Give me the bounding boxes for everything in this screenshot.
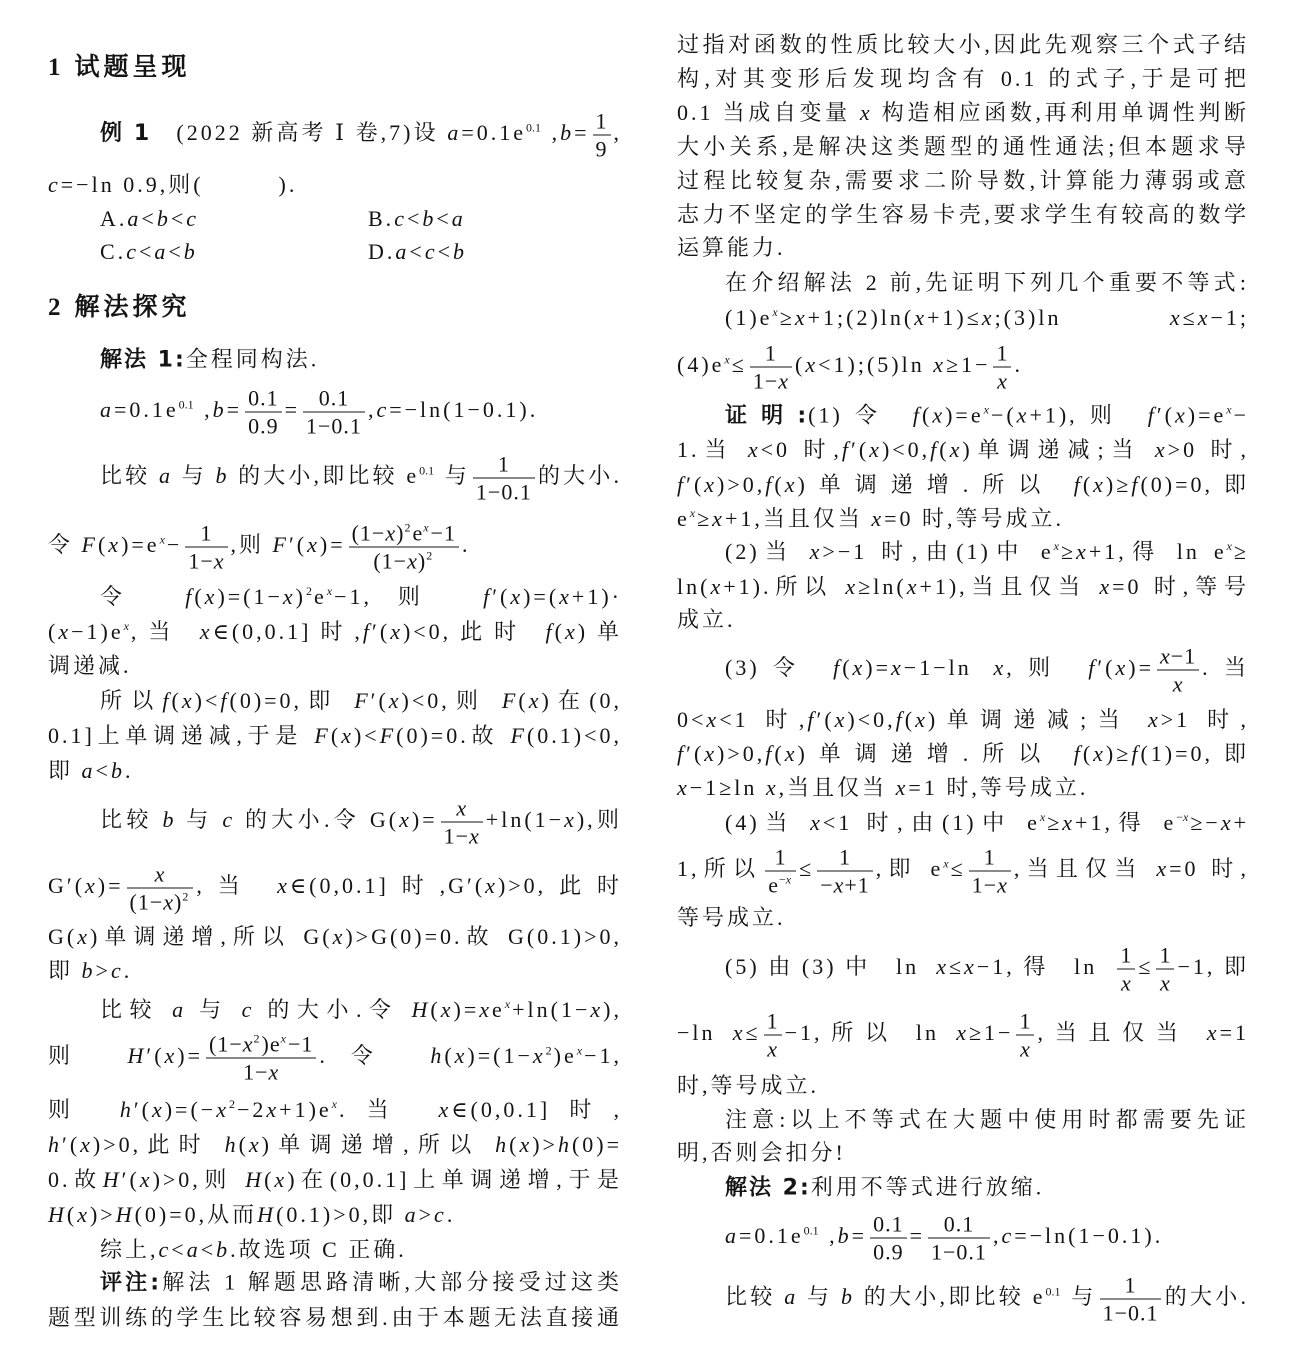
math-variable: x bbox=[704, 741, 717, 766]
math-variable: f bbox=[162, 688, 171, 713]
fraction-denominator: 9 bbox=[593, 136, 611, 163]
text-run: (0)=0,即 bbox=[230, 688, 355, 713]
superscript: 2 bbox=[546, 1043, 552, 1057]
text-run: 1 bbox=[984, 845, 996, 870]
text-run: )单调递增,所以 G( bbox=[90, 924, 333, 949]
math-variable: f bbox=[185, 584, 194, 609]
superscript: x bbox=[1054, 539, 1059, 553]
math-variable: b bbox=[216, 1237, 230, 1262]
bold-label: 解法 1: bbox=[100, 348, 186, 373]
text-run: + bbox=[1234, 810, 1249, 835]
math-variable: f bbox=[1074, 472, 1083, 497]
proof-line: 证明:(1)令 f(x)=ex−(x+1),则 f′(x)=ex− bbox=[725, 399, 1249, 434]
inequalities-list: (4)ex≤11−x(x<1);(5)ln x≥1−1x. bbox=[677, 340, 1249, 395]
text-run: >−1 时,由(1)中 e bbox=[822, 539, 1053, 564]
text-run: ,即 e bbox=[876, 856, 944, 881]
fraction: 0.11−0.1 bbox=[303, 385, 365, 440]
proof-line: (3)令 f(x)=x−1−ln x,则 f′(x)=x−1x.当 bbox=[725, 643, 1249, 698]
math-variable: x bbox=[385, 521, 396, 546]
text-run: − bbox=[1234, 403, 1249, 428]
math-variable: f bbox=[842, 437, 851, 462]
option-expression: a<c<b bbox=[395, 239, 467, 264]
text-run: >1 时, bbox=[1161, 707, 1249, 732]
fraction: 1x bbox=[1117, 942, 1135, 997]
text-run: 调递减. bbox=[48, 653, 132, 678]
text-run: 1 bbox=[839, 845, 851, 870]
text-run: =−ln 0.9,则( ). bbox=[61, 172, 298, 197]
text-run: 1 bbox=[996, 341, 1008, 366]
math-variable: f bbox=[546, 619, 555, 644]
math-variable: f bbox=[930, 437, 939, 462]
math-variable: a bbox=[395, 239, 409, 264]
superscript: x bbox=[505, 997, 510, 1011]
math-variable: x bbox=[1207, 1020, 1220, 1045]
text-run: ≤ bbox=[1183, 305, 1198, 330]
text-run: +1)e bbox=[279, 1097, 332, 1122]
math-variable: x bbox=[77, 924, 90, 949]
fraction-denominator: 1−0.1 bbox=[1100, 1300, 1162, 1327]
text-run: ,当 bbox=[131, 619, 200, 644]
proof-line: x−1≥ln x,当且仅当 x=1 时,等号成立. bbox=[677, 771, 1249, 805]
math-variable: x bbox=[772, 305, 777, 319]
math-variable: x bbox=[1093, 472, 1106, 497]
text-run: . bbox=[447, 1202, 456, 1227]
example-1-stem-line-2: c=−ln 0.9,则( ). bbox=[48, 168, 622, 202]
math-variable: x bbox=[997, 873, 1008, 898]
text-run: ( bbox=[172, 688, 182, 713]
math-variable: x bbox=[982, 305, 995, 330]
comment-line: 过程比较复杂,需要求二阶导数,计算能力薄弱或意 bbox=[677, 164, 1249, 198]
math-variable: x bbox=[407, 549, 418, 574]
text-run: 与 bbox=[798, 1284, 841, 1309]
text-run: 1 bbox=[200, 521, 212, 546]
text-run: <0 时, bbox=[761, 437, 842, 462]
text-run: 过指对函数的性质比较大小,因此先观察三个式子结 bbox=[677, 32, 1249, 57]
math-variable: H bbox=[48, 1202, 67, 1227]
text-run: = bbox=[227, 397, 242, 422]
text-run: ≤ bbox=[746, 1020, 761, 1045]
math-variable: x bbox=[869, 437, 882, 462]
solution-1-line: h′(x)>0,此时 h(x)单调递增,所以 h(x)>h(0)= bbox=[48, 1128, 622, 1162]
math-variable: F bbox=[314, 723, 330, 748]
math-variable: b bbox=[838, 1223, 852, 1248]
solution-1-line: 令 f(x)=(1−x)2ex−1,则 f′(x)=(x+1)· bbox=[100, 580, 622, 614]
text-run: )e bbox=[262, 1032, 281, 1057]
option-c: C.c<a<b bbox=[100, 235, 198, 269]
section-heading-1: 1试题呈现 bbox=[48, 47, 191, 83]
text-run: (0.1)<0, bbox=[527, 723, 622, 748]
text-run: ′( bbox=[62, 1132, 80, 1157]
math-variable: x bbox=[140, 1167, 153, 1192]
math-variable: H bbox=[127, 1043, 146, 1068]
math-variable: x bbox=[766, 775, 779, 800]
text-run: 0.1 bbox=[419, 463, 434, 477]
math-variable: a bbox=[82, 758, 96, 783]
text-run: . bbox=[124, 958, 133, 983]
text-run: ′( bbox=[122, 1167, 140, 1192]
math-variable: b bbox=[157, 206, 171, 231]
text-run: ≥ln( bbox=[858, 574, 907, 599]
fraction-denominator: 1−x bbox=[185, 548, 227, 575]
superscript: 0.1 bbox=[1046, 1284, 1061, 1298]
text-run: )单 bbox=[578, 619, 622, 644]
fraction: 11−0.1 bbox=[1100, 1272, 1162, 1327]
math-variable: x bbox=[1198, 305, 1211, 330]
text-run: e bbox=[677, 506, 690, 531]
text-run: 运算能力. bbox=[677, 235, 786, 260]
text-run: )< bbox=[354, 723, 380, 748]
math-variable: c bbox=[434, 1202, 447, 1227]
text-run: ∈(0,0.1]时, bbox=[451, 1097, 622, 1122]
text-run: 1−0.1 bbox=[476, 480, 532, 505]
text-run: , bbox=[196, 397, 213, 422]
math-variable: x bbox=[936, 954, 949, 979]
text-run: (1)e bbox=[725, 305, 772, 330]
fraction-denominator: x bbox=[1156, 970, 1174, 997]
math-variable: x bbox=[510, 584, 523, 609]
document-page: 1试题呈现 例 1 (2022 新高考 Ⅰ 卷,7)设 a=0.1e0.1 ,b… bbox=[0, 0, 1300, 1363]
text-run: 0.1]上单调递减,于是 bbox=[48, 723, 314, 748]
text-run: ( bbox=[264, 1167, 274, 1192]
math-variable: h bbox=[48, 1132, 62, 1157]
text-run: (2)当 bbox=[725, 539, 810, 564]
math-variable: c bbox=[186, 206, 199, 231]
math-variable: h bbox=[120, 1097, 134, 1122]
text-run: < bbox=[139, 239, 154, 264]
text-run: (5)由(3)中 ln bbox=[725, 954, 936, 979]
text-run: ( bbox=[842, 655, 852, 680]
math-variable: f bbox=[677, 741, 686, 766]
text-run: )=e bbox=[945, 403, 984, 428]
text-run: 2 bbox=[426, 549, 432, 563]
math-variable: c bbox=[425, 239, 438, 264]
text-run: )> bbox=[532, 1132, 558, 1157]
math-variable: f bbox=[1088, 655, 1097, 680]
text-run: +1),则 bbox=[1029, 403, 1147, 428]
text-run: , bbox=[543, 120, 560, 145]
text-run: −1; bbox=[1210, 305, 1249, 330]
text-run: − bbox=[167, 532, 182, 557]
fraction-numerator: 0.1 bbox=[870, 1211, 907, 1239]
math-variable: x bbox=[216, 1097, 229, 1122]
text-run: 令 bbox=[48, 532, 82, 557]
text-run: )≥ bbox=[1106, 472, 1131, 497]
proof-line: 成立. bbox=[677, 603, 1249, 637]
text-run: (0)= bbox=[572, 1132, 622, 1157]
option-label: A. bbox=[100, 206, 127, 231]
text-run: (1− bbox=[352, 521, 386, 546]
superscript: x bbox=[327, 584, 332, 598]
fraction-denominator: x bbox=[1117, 970, 1135, 997]
text-run: . bbox=[462, 532, 471, 557]
math-variable: x bbox=[249, 1132, 262, 1157]
fraction-denominator: 1−0.1 bbox=[473, 479, 535, 506]
math-variable: x bbox=[706, 707, 719, 732]
text-run: ≤ bbox=[1138, 954, 1153, 979]
text-run: ( bbox=[774, 741, 784, 766]
text-run: ′( bbox=[134, 1097, 152, 1122]
math-variable: x bbox=[1099, 574, 1112, 599]
text-run: 0.9 bbox=[873, 1240, 904, 1265]
text-run: ≤ bbox=[949, 954, 964, 979]
math-variable: x bbox=[835, 707, 848, 732]
section-number: 2 bbox=[48, 294, 65, 321]
math-variable: x bbox=[1175, 403, 1188, 428]
fraction-denominator: 1−0.1 bbox=[303, 413, 365, 440]
text-run: 1 bbox=[767, 1009, 779, 1034]
math-variable: c bbox=[242, 997, 255, 1022]
math-variable: H bbox=[257, 1202, 276, 1227]
text-run: 1− bbox=[243, 1060, 268, 1085]
text-run: )=e bbox=[121, 532, 160, 557]
text-run: =0 时, bbox=[1169, 856, 1249, 881]
solution-1-line: 即 b>c. bbox=[48, 954, 622, 988]
math-variable: b bbox=[213, 397, 227, 422]
text-run: (3)令 bbox=[725, 655, 833, 680]
text-run: )> bbox=[90, 1202, 116, 1227]
math-variable: h bbox=[558, 1132, 572, 1157]
solution-1-line: (x−1)ex,当 x∈(0,0.1]时,f′(x)<0,此时 f(x)单 bbox=[48, 615, 622, 649]
text-run: −2 bbox=[237, 1097, 266, 1122]
text-run: −1,则 bbox=[334, 584, 483, 609]
text-run: 1 bbox=[596, 109, 608, 134]
text-run: 1− bbox=[188, 549, 213, 574]
math-variable: a bbox=[159, 463, 173, 488]
text-run: )<0, bbox=[847, 707, 895, 732]
text-run: )=e bbox=[1188, 403, 1227, 428]
text-run: 比较 bbox=[725, 1284, 784, 1309]
text-run: 比较 bbox=[100, 997, 172, 1022]
text-run: −1,得 ln bbox=[977, 954, 1115, 979]
comment-line: 志力不坚定的学生容易卡壳,要求学生有较高的数学 bbox=[677, 198, 1249, 232]
text-run: 则 bbox=[48, 1043, 127, 1068]
proof-line: (2)当 x>−1 时,由(1)中 ex≥x+1,得 ln ex≥ bbox=[725, 535, 1249, 569]
text-run: 与 bbox=[1063, 1284, 1097, 1309]
math-variable: x bbox=[505, 997, 510, 1011]
solution-1-line: G′(x)=x(1−x)2,当 x∈(0,0.1]时,G′(x)>0,此时 bbox=[48, 861, 622, 916]
text-run: ′( bbox=[146, 1043, 164, 1068]
text-run: )>0, bbox=[717, 741, 765, 766]
math-variable: x bbox=[1173, 672, 1184, 697]
text-run: (1)令 bbox=[808, 403, 913, 428]
section-title: 解法探究 bbox=[75, 292, 191, 321]
text-run: )≥ bbox=[1106, 741, 1131, 766]
section-number: 1 bbox=[48, 54, 65, 81]
text-run: ′( bbox=[372, 619, 390, 644]
fraction-denominator: e−x bbox=[765, 872, 796, 899]
text-run: 9 bbox=[596, 137, 608, 162]
text-run: )>0,此时 bbox=[498, 873, 622, 898]
text-run: ( bbox=[48, 619, 58, 644]
text-run: =0.1e bbox=[114, 397, 179, 422]
text-run: ),则 bbox=[577, 807, 622, 832]
proof-line: 等号成立. bbox=[677, 901, 1249, 935]
math-variable: x bbox=[834, 873, 845, 898]
text-run: 1 bbox=[765, 341, 777, 366]
fraction: 19 bbox=[593, 108, 611, 163]
math-variable: x bbox=[786, 873, 791, 887]
text-run: < bbox=[407, 206, 422, 231]
text-run: . bbox=[125, 758, 134, 783]
text-run: +ln(1− bbox=[512, 997, 590, 1022]
text-run: )= bbox=[865, 655, 891, 680]
text-run: +1)≤ bbox=[927, 305, 982, 330]
text-run: 则 bbox=[48, 1097, 120, 1122]
text-run: > bbox=[96, 958, 111, 983]
superscript: x bbox=[1227, 539, 1232, 553]
text-run: −1)e bbox=[71, 619, 124, 644]
solution-1-line: 则 h′(x)=(−x2−2x+1)ex.当 x∈(0,0.1]时, bbox=[48, 1093, 622, 1127]
fraction: x(1−x)2 bbox=[127, 861, 194, 916]
text-run: 2 bbox=[404, 521, 410, 535]
fraction-numerator: 1 bbox=[764, 1008, 782, 1036]
math-variable: x bbox=[994, 655, 1007, 680]
fraction-numerator: 1 bbox=[1016, 1008, 1034, 1036]
math-variable: a bbox=[154, 239, 168, 264]
text-run: ≤ bbox=[732, 352, 747, 377]
option-expression: c<b<a bbox=[394, 206, 466, 231]
text-run: (1− bbox=[209, 1032, 243, 1057]
proof-line: 1,所以1e−x≤1−x+1,即 ex≤11−x,当且仅当 x=0 时, bbox=[677, 844, 1249, 899]
solution-1-line: 比较 a 与 b 的大小,即比较 e0.1 与11−0.1的大小. bbox=[100, 451, 622, 506]
math-variable: x bbox=[455, 1043, 468, 1068]
fraction-denominator: x bbox=[993, 368, 1011, 395]
math-variable: x bbox=[1017, 403, 1030, 428]
solution-1-line: 0.故H′(x)>0,则 H(x)在(0,0.1]上单调递增,于是 bbox=[48, 1163, 622, 1197]
superscript: 0.1 bbox=[179, 397, 194, 411]
math-variable: b bbox=[162, 807, 176, 832]
text-run: −ln bbox=[677, 1020, 733, 1045]
math-variable: a bbox=[784, 1284, 798, 1309]
math-variable: x bbox=[182, 688, 195, 713]
text-run: 1− bbox=[972, 873, 997, 898]
fraction: (1−x2)ex−11−x bbox=[206, 1031, 316, 1086]
text-run: =−ln(1−0.1). bbox=[389, 397, 538, 422]
math-variable: x bbox=[1183, 810, 1188, 824]
text-run: 构造相应函数,再利用单调性判断 bbox=[873, 100, 1249, 125]
comment-line: 过指对函数的性质比较大小,因此先观察三个式子结 bbox=[677, 28, 1249, 62]
text-run: 0.1 bbox=[804, 1223, 819, 1237]
text-run: +1),当且仅当 bbox=[919, 574, 1099, 599]
option-b: B.c<b<a bbox=[368, 202, 466, 236]
text-run: 与 bbox=[176, 807, 222, 832]
fraction-numerator: x bbox=[127, 861, 194, 889]
section-title: 试题呈现 bbox=[75, 52, 191, 81]
comment-line: 运算能力. bbox=[677, 231, 1249, 265]
text-run: < bbox=[171, 206, 186, 231]
text-run: )>0,此时 bbox=[93, 1132, 225, 1157]
text-run: )=(1− bbox=[467, 1043, 532, 1068]
math-variable: x bbox=[1221, 810, 1234, 835]
text-run: 0.9 bbox=[248, 414, 279, 439]
text-run: 0.1 bbox=[248, 386, 279, 411]
fraction-numerator: 1 bbox=[473, 451, 535, 479]
math-variable: b bbox=[841, 1284, 855, 1309]
text-run: +1).所以 bbox=[723, 574, 845, 599]
math-variable: x bbox=[214, 549, 225, 574]
math-variable: x bbox=[108, 532, 121, 557]
math-variable: x bbox=[767, 1037, 778, 1062]
math-variable: x bbox=[423, 521, 428, 535]
text-run: ) bbox=[418, 549, 426, 574]
fraction-denominator: x bbox=[1157, 671, 1199, 698]
text-run: − bbox=[820, 873, 833, 898]
text-run: +1,得 e bbox=[1075, 810, 1176, 835]
text-run: 令 bbox=[100, 584, 185, 609]
math-variable: x bbox=[266, 1097, 279, 1122]
text-run: .令 bbox=[319, 1043, 430, 1068]
fraction: 1e−x bbox=[765, 844, 796, 899]
math-variable: H bbox=[116, 1202, 135, 1227]
text-run: =−ln(1−0.1). bbox=[1014, 1223, 1163, 1248]
text-run: = bbox=[285, 397, 300, 422]
superscript: x bbox=[1040, 810, 1045, 824]
math-variable: a bbox=[405, 1202, 419, 1227]
text-run: ( bbox=[444, 1043, 454, 1068]
math-variable: x bbox=[907, 574, 920, 599]
superscript: 2 bbox=[229, 1097, 235, 1111]
math-variable: x bbox=[565, 619, 578, 644]
fraction-numerator: 0.1 bbox=[303, 385, 365, 413]
superscript: x bbox=[724, 352, 729, 366]
text-run: 0.1 bbox=[944, 1212, 975, 1237]
text-run: .故选项 C 正确. bbox=[230, 1237, 407, 1262]
proof-line: ln(x+1).所以 x≥ln(x+1),当且仅当 x=0 时,等号 bbox=[677, 570, 1249, 604]
text-run: ( bbox=[1083, 741, 1093, 766]
text-run: )>0, bbox=[717, 472, 765, 497]
text-run: (0)=0,从而 bbox=[135, 1202, 258, 1227]
math-variable: x bbox=[529, 688, 542, 713]
math-variable: x bbox=[810, 539, 823, 564]
text-run: 的大小.令 bbox=[254, 997, 411, 1022]
text-run: 时,等号成立. bbox=[677, 1073, 819, 1098]
superscript: 2 bbox=[254, 1032, 260, 1046]
text-run: 1.当 bbox=[677, 437, 748, 462]
math-variable: x bbox=[307, 532, 320, 557]
text-run: , bbox=[821, 1223, 838, 1248]
fraction-numerator: x−1 bbox=[1157, 643, 1199, 671]
text-run: )在(0,0.1]上单调递增,于是 bbox=[287, 1167, 622, 1192]
math-variable: x bbox=[1148, 707, 1161, 732]
text-run: 即 bbox=[48, 958, 82, 983]
solution-1-line: 0.1]上单调递减,于是 F(x)<F(0)=0.故 F(0.1)<0, bbox=[48, 719, 622, 753]
text-run: )= bbox=[454, 997, 480, 1022]
text-run: +1;(2)ln( bbox=[808, 305, 915, 330]
fraction: 11−0.1 bbox=[473, 451, 535, 506]
math-variable: f bbox=[1074, 741, 1083, 766]
text-run: < bbox=[438, 239, 453, 264]
math-variable: F bbox=[354, 688, 370, 713]
text-run: 0.1 bbox=[319, 386, 350, 411]
math-variable: x bbox=[1156, 856, 1169, 881]
math-variable: x bbox=[283, 584, 296, 609]
option-a: A.a<b<c bbox=[100, 202, 199, 236]
text-run: ( bbox=[518, 688, 528, 713]
text-run: ≥ bbox=[780, 305, 795, 330]
text-run: −1≥ln bbox=[690, 775, 766, 800]
math-variable: x bbox=[533, 1043, 546, 1068]
text-run: < bbox=[168, 239, 183, 264]
math-variable: x bbox=[564, 807, 577, 832]
option-d: D.a<c<b bbox=[368, 235, 467, 269]
solution-2-title: 解法 2:利用不等式进行放缩. bbox=[725, 1171, 1249, 1206]
math-variable: x bbox=[704, 472, 717, 497]
text-run: 即 bbox=[48, 758, 82, 783]
superscript: x bbox=[943, 856, 948, 870]
fraction-numerator: 1 bbox=[817, 844, 873, 872]
text-run: 的大小,即比较 e bbox=[855, 1284, 1046, 1309]
math-variable: F bbox=[502, 688, 518, 713]
